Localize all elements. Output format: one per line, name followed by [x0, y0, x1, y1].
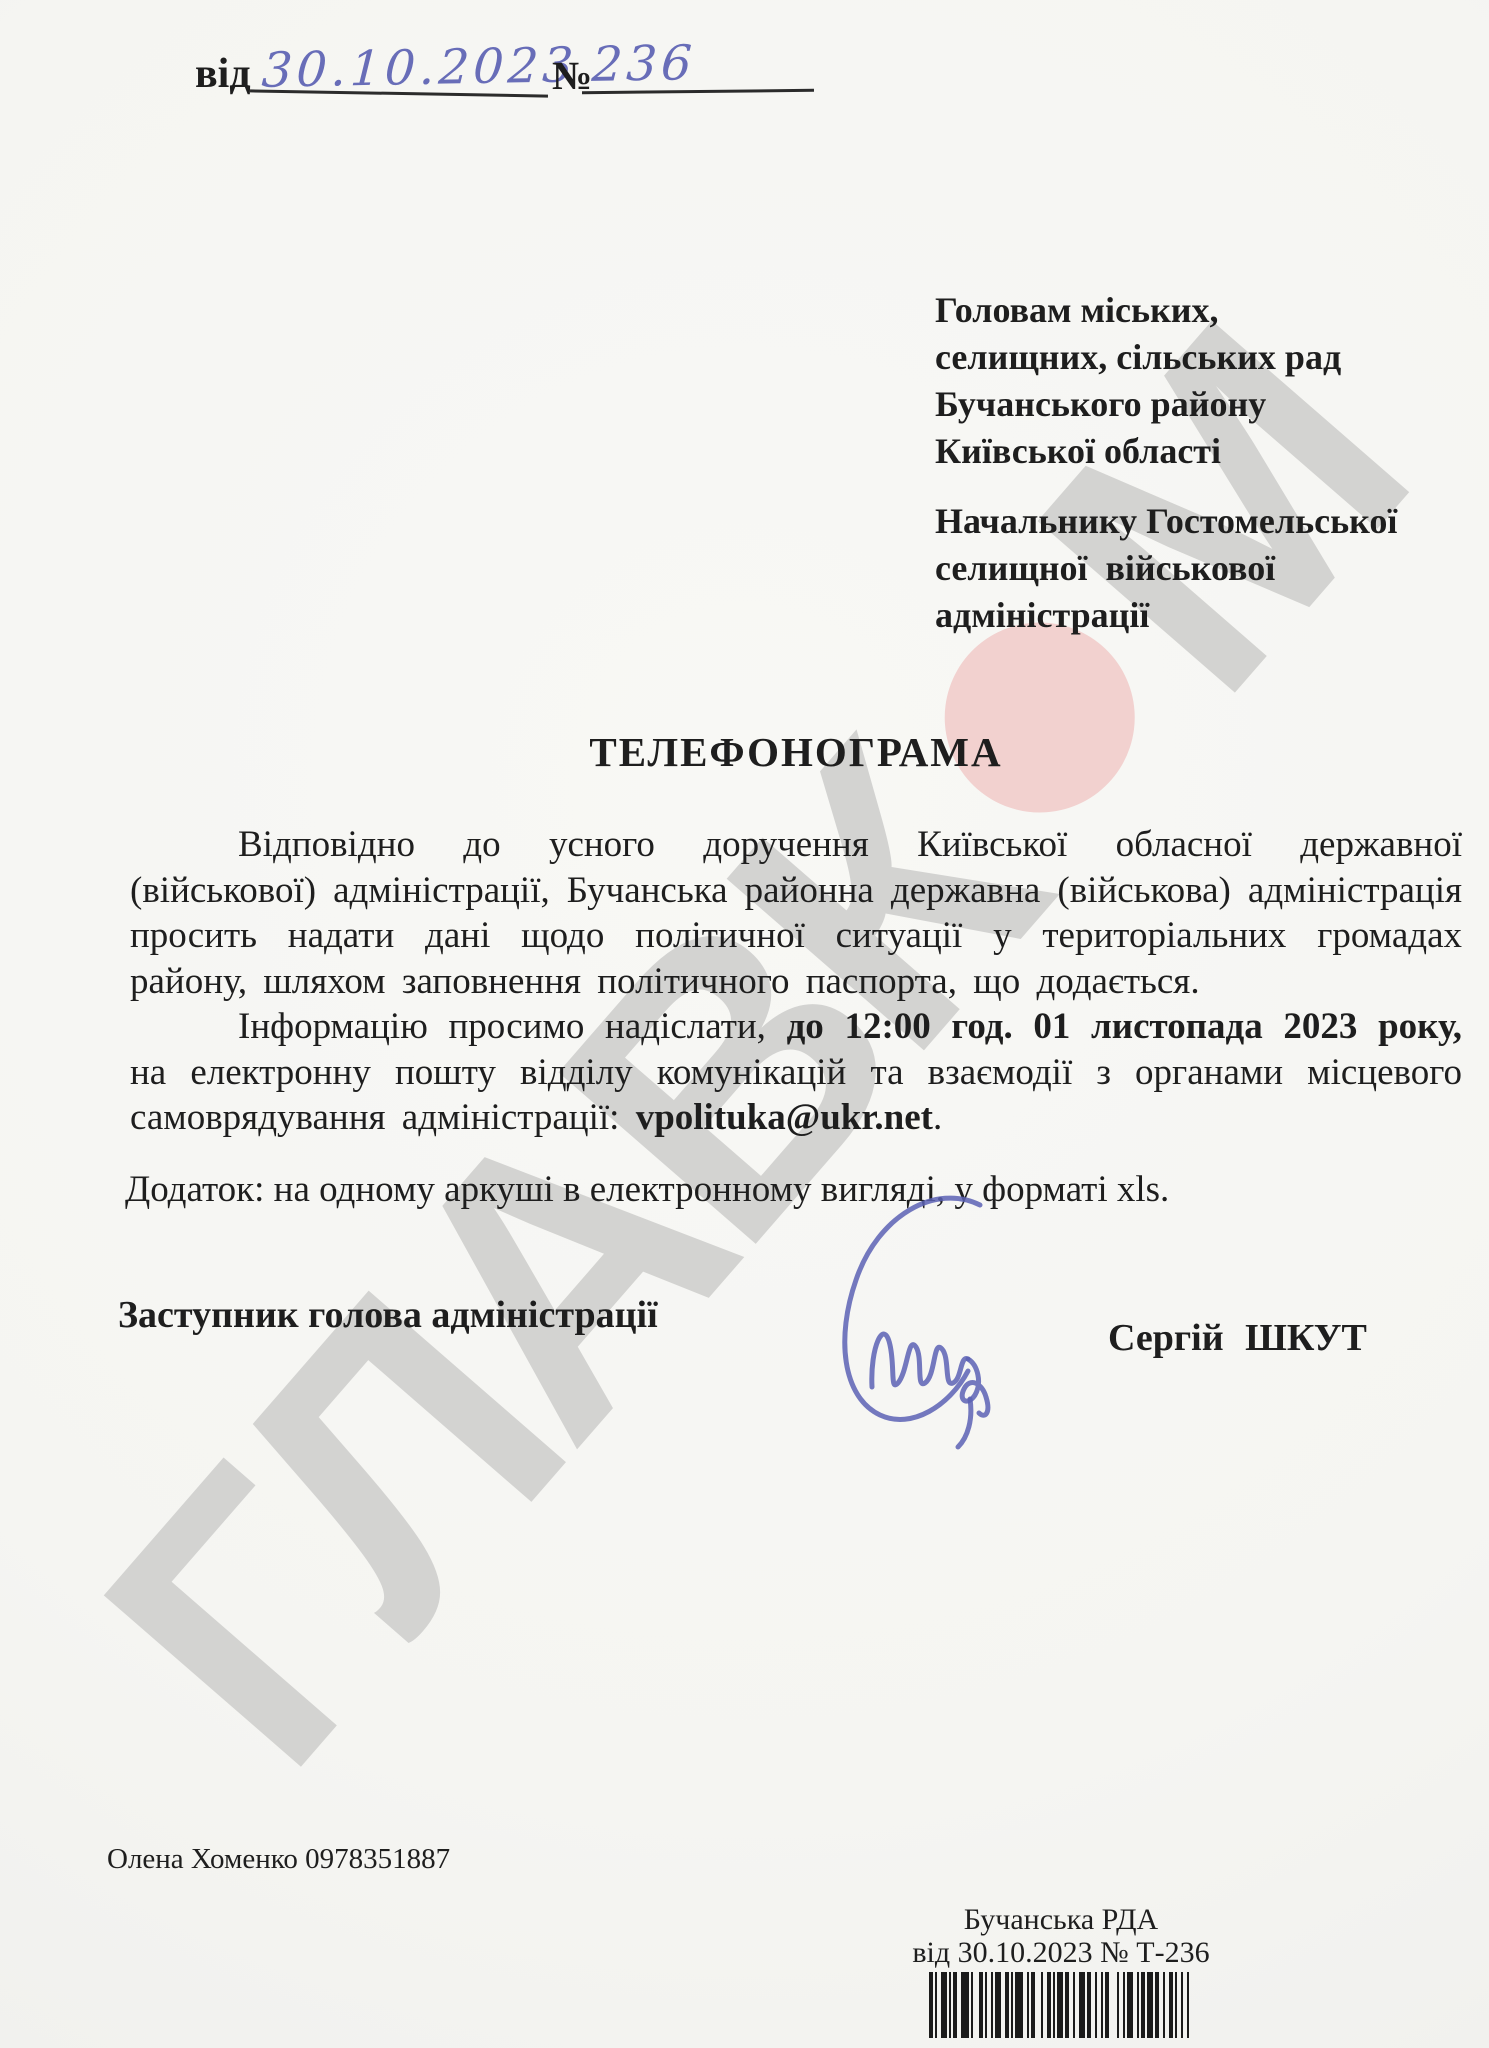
- reference-from-label: від: [195, 50, 251, 98]
- signer-position: Заступник голова адміністрації: [118, 1293, 658, 1337]
- stamp-registration-line: від 30.10.2023 № Т-236: [861, 1936, 1261, 1969]
- reference-number-handwritten: 236: [590, 35, 697, 93]
- barcode: [929, 1972, 1193, 2038]
- addressee-primary-line: Головам міських,: [935, 287, 1341, 334]
- document-content: від 30.10.2023 № 236 Головам міських, се…: [0, 0, 1489, 2048]
- paragraph-2-email: vpolituka@ukr.net: [636, 1097, 933, 1138]
- addressee-primary-line: Київської області: [935, 428, 1341, 475]
- body-paragraph-1: Відповідно до усного доручення Київської…: [130, 822, 1462, 1004]
- addressee-primary-line: селищних, сільських рад: [935, 334, 1341, 381]
- document-title: ТЕЛЕФОНОГРАМА: [130, 728, 1462, 776]
- paragraph-2-tail: .: [933, 1097, 942, 1138]
- addressee-secondary: Начальнику Гостомельської селищної війсь…: [935, 498, 1397, 639]
- addressee-primary-line: Бучанського району: [935, 381, 1341, 428]
- registration-stamp: Бучанська РДА від 30.10.2023 № Т-236: [861, 1903, 1261, 2038]
- body-paragraph-2: Інформацію просимо надіслати, до 12:00 г…: [130, 1004, 1462, 1141]
- signer-name: Сергій ШКУТ: [1108, 1316, 1367, 1360]
- addressee-secondary-line: адміністрації: [935, 592, 1397, 639]
- addressee-primary: Головам міських, селищних, сільських рад…: [935, 287, 1341, 475]
- stamp-organization: Бучанська РДА: [861, 1903, 1261, 1936]
- document-body: Відповідно до усного доручення Київської…: [130, 822, 1462, 1141]
- addressee-secondary-line: Начальнику Гостомельської: [935, 498, 1397, 545]
- executor-contact: Олена Хоменко 0978351887: [107, 1843, 450, 1876]
- addressee-secondary-line: селищної військової: [935, 545, 1397, 592]
- paragraph-2-deadline: до 12:00 год. 01 листопада 2023 року,: [787, 1006, 1462, 1047]
- paragraph-2-lead: Інформацію просимо надіслати,: [238, 1006, 787, 1047]
- signature-scribble: [818, 1185, 1058, 1450]
- document-page: ГЛАВК М від 30.10.2023 № 236 Головам міс…: [0, 0, 1489, 2048]
